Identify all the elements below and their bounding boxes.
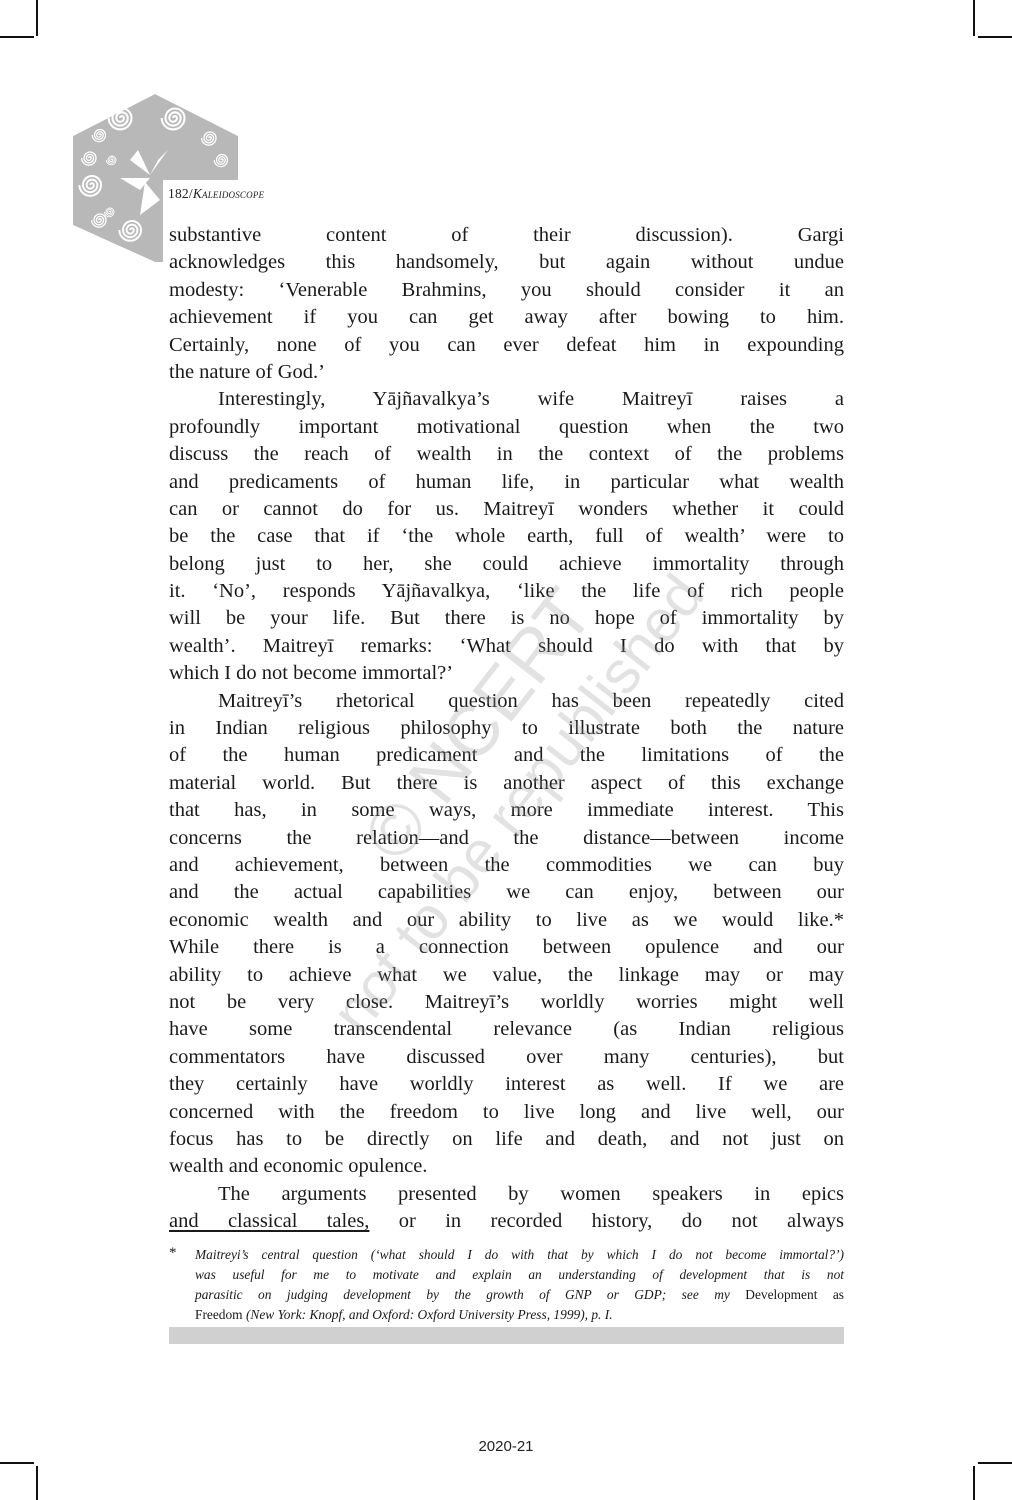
body-line: wealth and economic opulence. [169, 1153, 844, 1180]
footnote-line-3-italic: parasitic on judging development by the … [195, 1287, 745, 1302]
body-line: commentators have discussed over many ce… [169, 1044, 844, 1071]
body-line: will be your life. But there is no hope … [169, 605, 844, 632]
crop-mark-bottom-left-v [36, 1466, 38, 1500]
body-line: modesty: ‘Venerable Brahmins, you should… [169, 277, 844, 304]
body-line: they certainly have worldly interest as … [169, 1071, 844, 1098]
body-line: profoundly important motivational questi… [169, 414, 844, 441]
crop-mark-bottom-right-h [978, 1462, 1012, 1464]
footnote-book-title-part1: Development as [745, 1287, 844, 1302]
book-title: Kaleidoscope [193, 186, 264, 201]
crop-mark-bottom-right-v [973, 1466, 975, 1500]
body-line: have some transcendental relevance (as I… [169, 1016, 844, 1043]
body-line: The arguments presented by women speaker… [169, 1181, 844, 1208]
body-line: acknowledges this handsomely, but again … [169, 249, 844, 276]
underlined-phrase: and classical tales, [169, 1210, 369, 1232]
final-line-rest: or in recorded history, do not always [369, 1210, 844, 1232]
footnote-line-4: Freedom (New York: Knopf, and Oxford: Ox… [195, 1305, 844, 1325]
body-line: not be very close. Maitreyī’s worldly wo… [169, 989, 844, 1016]
body-text: substantive content of their discussion)… [169, 222, 844, 1235]
footnote-line-1: Maitreyi’s central question (‘what shoul… [195, 1245, 844, 1265]
body-line: Certainly, none of you can ever defeat h… [169, 332, 844, 359]
body-line: focus has to be directly on life and dea… [169, 1126, 844, 1153]
body-line: substantive content of their discussion)… [169, 222, 844, 249]
crop-mark-top-left-h [0, 36, 34, 38]
body-line: and predicaments of human life, in parti… [169, 469, 844, 496]
body-line: which I do not become immortal?’ [169, 660, 844, 687]
body-line: economic wealth and our ability to live … [169, 907, 844, 934]
body-line: that has, in some ways, more immediate i… [169, 797, 844, 824]
body-line-final: and classical tales, or in recorded hist… [169, 1208, 844, 1235]
body-line: belong just to her, she could achieve im… [169, 551, 844, 578]
footnote-book-title-part2: Freedom [195, 1307, 243, 1322]
body-line: wealth’. Maitreyī remarks: ‘What should … [169, 633, 844, 660]
page-number: 182 [168, 186, 189, 201]
crop-mark-bottom-left-h [0, 1462, 34, 1464]
crop-mark-top-right-v [973, 0, 975, 36]
body-line: Interestingly, Yājñavalkya’s wife Maitre… [169, 386, 844, 413]
body-line: Maitreyī’s rhetorical question has been … [169, 688, 844, 715]
body-line: of the human predicament and the limitat… [169, 742, 844, 769]
body-line: the nature of God.’ [169, 359, 844, 386]
body-line: in Indian religious philosophy to illust… [169, 715, 844, 742]
footer-gray-bar [169, 1327, 844, 1344]
body-line: material world. But there is another asp… [169, 770, 844, 797]
footnote-marker: * [169, 1245, 177, 1262]
body-line: ability to achieve what we value, the li… [169, 962, 844, 989]
crop-mark-top-right-h [978, 36, 1012, 38]
body-line: concerned with the freedom to live long … [169, 1099, 844, 1126]
body-line: and achievement, between the commodities… [169, 852, 844, 879]
body-line: it. ‘No’, responds Yājñavalkya, ‘like th… [169, 578, 844, 605]
footnote-citation: (New York: Knopf, and Oxford: Oxford Uni… [243, 1307, 613, 1322]
body-line: While there is a connection between opul… [169, 934, 844, 961]
footnote-line-2: was useful for me to motivate and explai… [195, 1265, 844, 1285]
body-line: discuss the reach of wealth in the conte… [169, 441, 844, 468]
body-line: concerns the relation—and the distance—b… [169, 825, 844, 852]
running-head: 182/Kaleidoscope [168, 186, 264, 202]
crop-mark-top-left-v [36, 0, 38, 36]
footnote-line-3: parasitic on judging development by the … [195, 1285, 844, 1305]
edition-year: 2020-21 [0, 1438, 1012, 1455]
body-line: and the actual capabilities we can enjoy… [169, 879, 844, 906]
body-line: can or cannot do for us. Maitreyī wonder… [169, 496, 844, 523]
body-line: achievement if you can get away after bo… [169, 304, 844, 331]
body-line: be the case that if ‘the whole earth, fu… [169, 523, 844, 550]
